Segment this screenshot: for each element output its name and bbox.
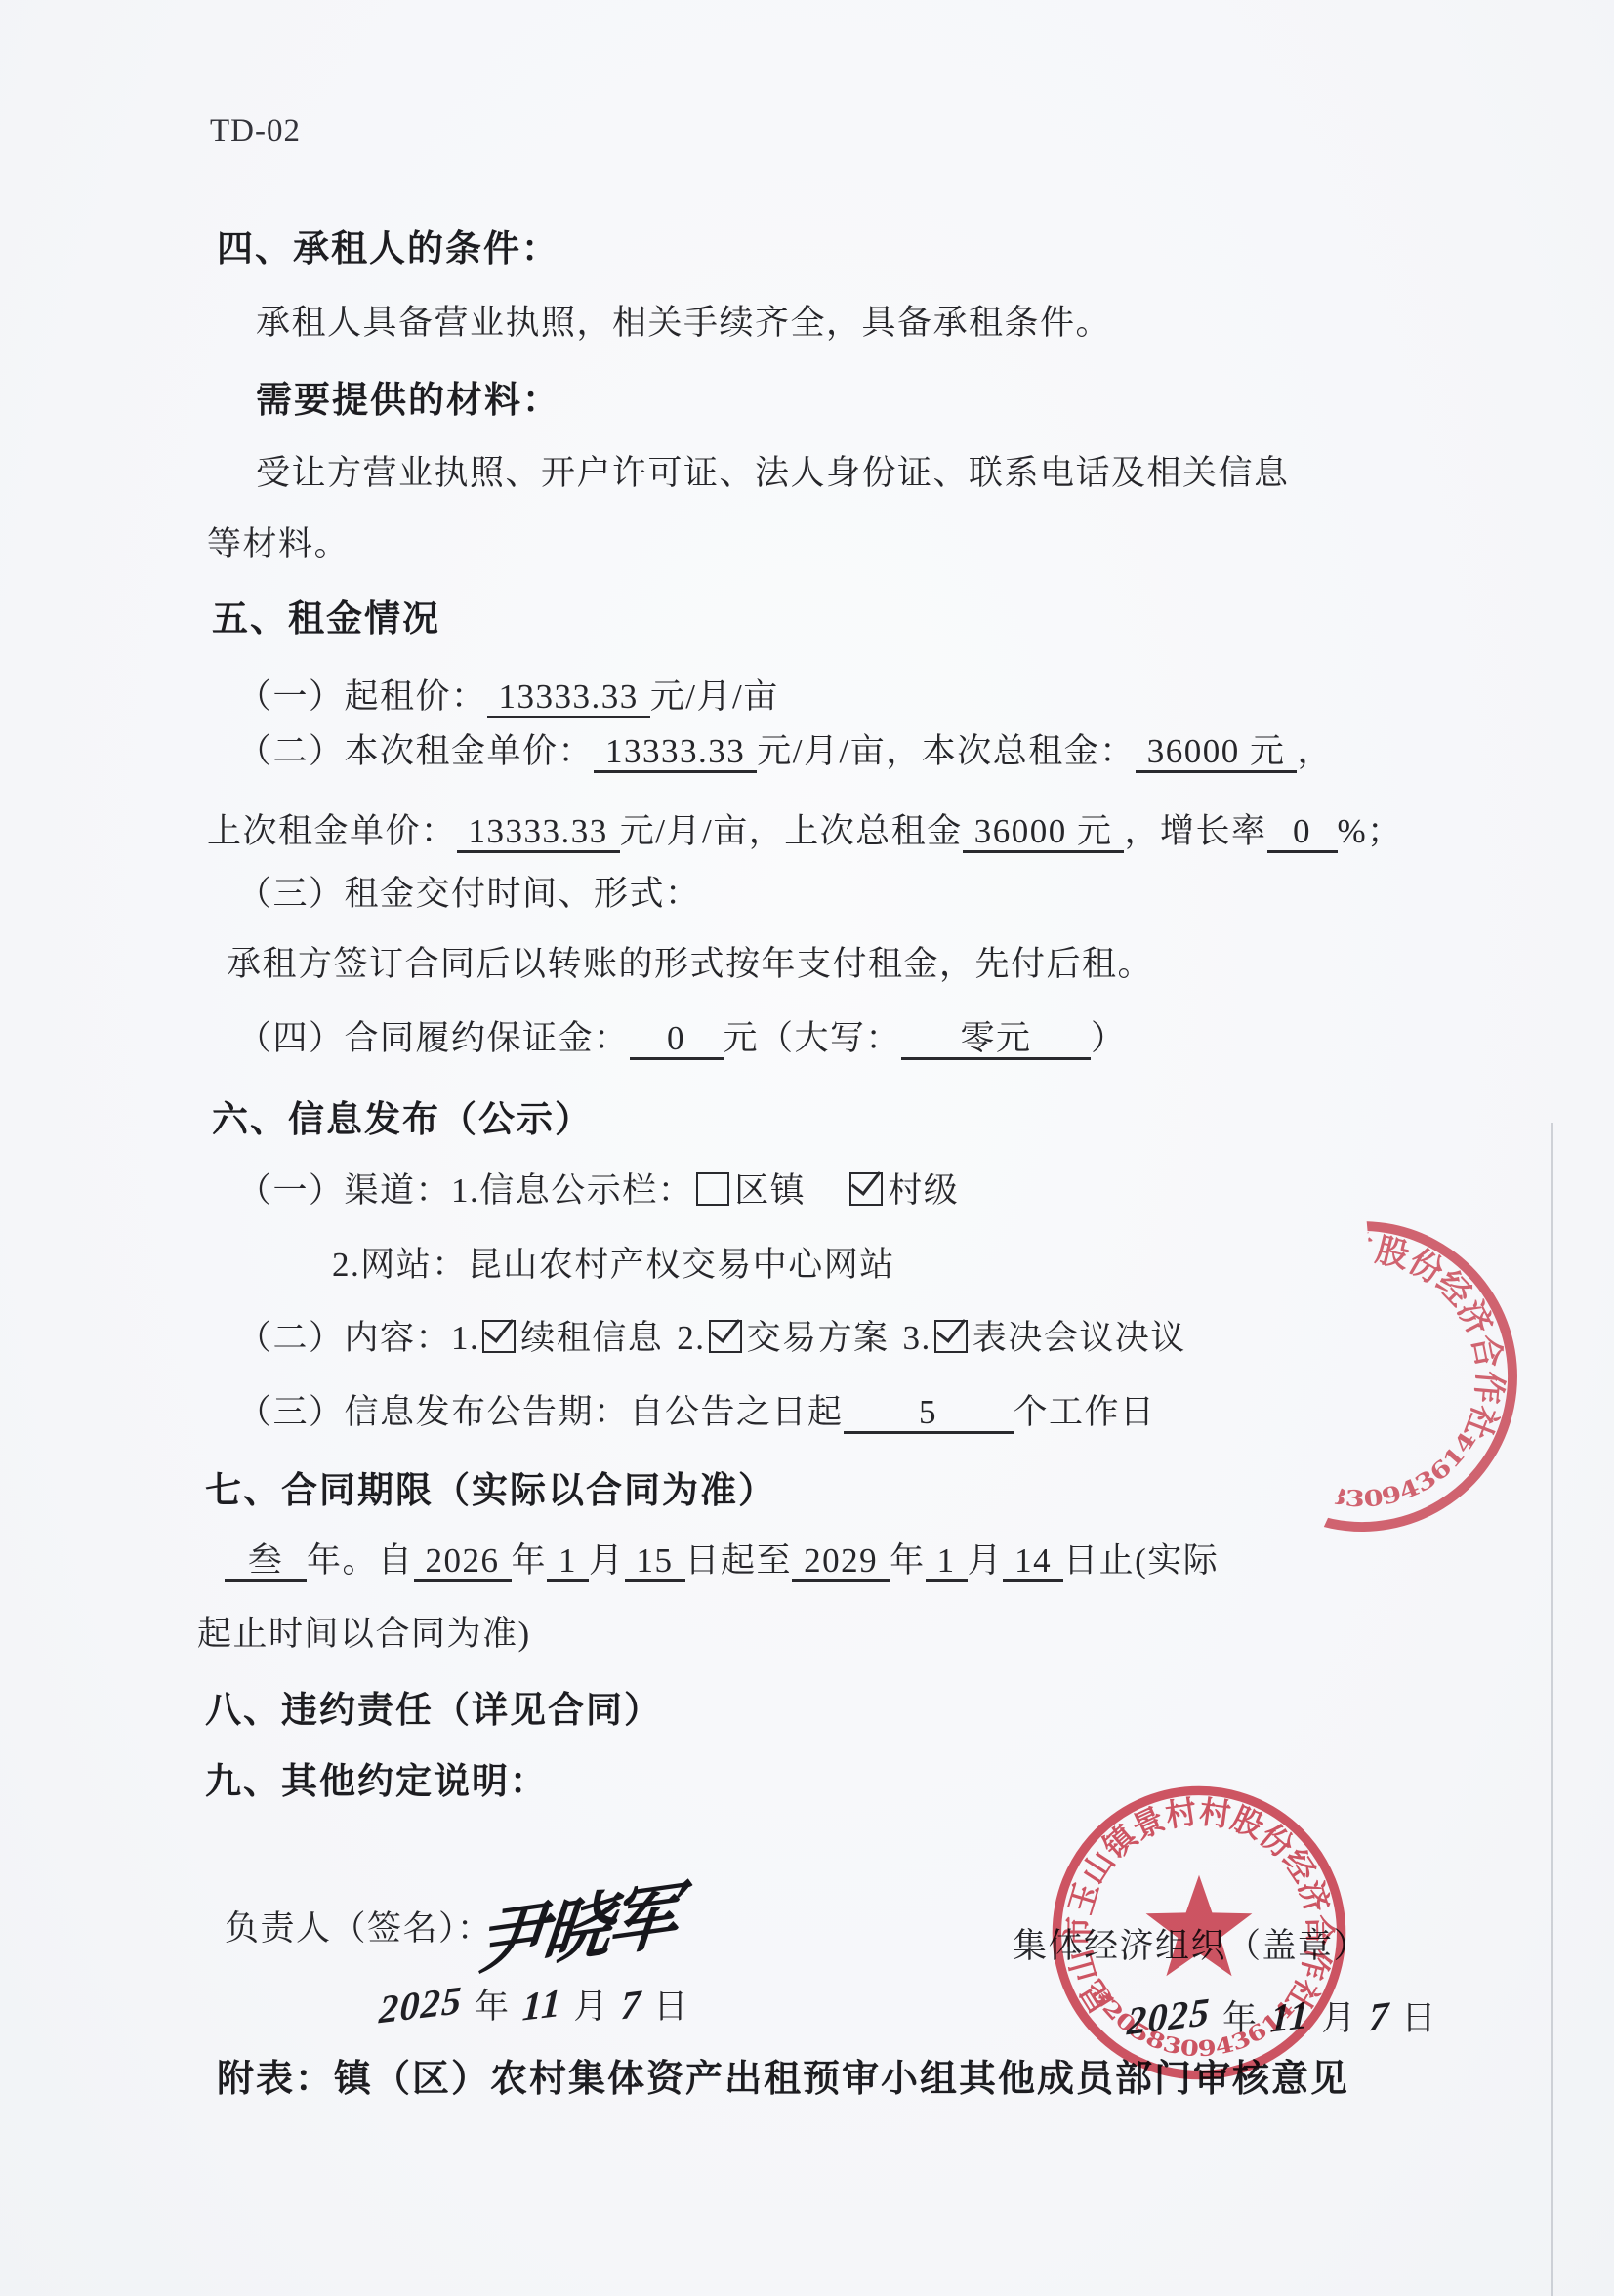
svg-text:3205830943614: 3205830943614 [1254,1409,1491,1531]
channel-line: （一）渠道：1.信息公示栏：区镇村级 [237,1164,959,1212]
notice-period-label: （三）信息发布公告期：自公告之日起 [237,1393,844,1431]
section6-title: 六、信息发布（公示） [212,1089,593,1142]
section8-title: 八、违约责任（详见合同） [205,1680,662,1733]
rent-unit-price-tail: ， [1297,732,1333,770]
appendix-line: 附表：镇（区）农村集体资产出租预审小组其他成员部门审核意见 [217,2048,1349,2102]
deposit-tail: ） [1091,1019,1127,1057]
partial-seal-graphic: 昆山市玉山镇景村村股份经济合作社 3205830943614 [1176,1190,1549,1563]
deposit-line: （四）合同履约保证金：0元（大写：零元） [237,1011,1127,1060]
deposit-label: （四）合同履约保证金： [237,1019,630,1057]
channel-label: （一）渠道：1.信息公示栏： [237,1171,693,1209]
payment-terms-label: （三）租金交付时间、形式： [237,867,701,916]
left-date-day-hand: 7 [620,1980,643,2029]
partial-seal-ring [1188,1203,1537,1551]
section4-body: 承租人具备营业执照，相关手续齐全，具备承租条件。 [256,296,1111,345]
svg-text:昆山市玉山镇景村村股份经济合作社: 昆山市玉山镇景村村股份经济合作社 [1192,1206,1522,1492]
right-date-day-hand: 7 [1368,1991,1391,2040]
term-end-year: 2029 [792,1543,890,1582]
right-date-month-hand: 11 [1268,1990,1310,2042]
partial-seal-number-text: 3205830943614 [1254,1409,1491,1531]
content-option1-prefix: 1. [451,1319,479,1357]
prev-rent-tail: %； [1338,812,1403,850]
partial-edge-seal-stamp: 昆山市玉山镇景村村股份经济合作社 3205830943614 [1176,1190,1549,1563]
checkbox-trade-plan [709,1320,742,1353]
term-t2: 年 [512,1541,548,1579]
channel-option-district-town: 区镇 [734,1171,806,1209]
rent-total-value: 36000 元 [1136,734,1298,773]
right-date-day-char: 日 [1401,1999,1437,2037]
prev-rent-value: 13333.33 [457,814,620,853]
section4-title: 四、承租人的条件： [217,219,559,271]
deposit-mid: 元（大写： [724,1019,902,1057]
seal-org-text: 昆山市玉山镇景村村股份经济合作社 [1060,1793,1339,2020]
scan-edge-line [1551,1123,1553,2296]
term-t4: 日起至 [685,1541,793,1579]
right-date-line: 2025年11月7日 [1121,1991,1443,2040]
content-option3-label: 表决会议决议 [973,1319,1186,1357]
term-start-month: 1 [547,1543,589,1582]
right-date-year-hand: 2025 [1126,1988,1212,2044]
rent-unit-price-value: 13333.33 [594,734,757,773]
contract-term-line: 叁年。自2026年1月15日起至2029年1月14日止(实际 [225,1534,1219,1582]
term-years-value: 叁 [225,1543,307,1582]
rent-start-price-line: （一）起租价：13333.33元/月/亩 [237,670,779,718]
handwritten-signature: 尹晓军 [472,1858,680,1989]
rent-start-price-unit: 元/月/亩 [650,677,779,716]
rent-unit-price-label: （二）本次租金单价： [237,732,594,770]
payment-terms-body: 承租方签订合同后以转账的形式按年支付租金，先付后租。 [227,937,1153,986]
materials-title: 需要提供的材料： [256,370,560,423]
right-date-year-char: 年 [1222,1999,1259,2037]
scanned-form-page: TD-02 四、承租人的条件： 承租人具备营业执照，相关手续齐全，具备承租条件。… [0,0,1614,2296]
notice-period-line: （三）信息发布公告期：自公告之日起5个工作日 [237,1385,1156,1434]
section7-title: 七、合同期限（实际以合同为准） [205,1460,776,1513]
term-t1: 年。自 [307,1541,414,1579]
checkbox-renewal-info [482,1320,516,1353]
website-line: 2.网站：昆山农村产权交易中心网站 [332,1238,895,1287]
term-end-day: 14 [1003,1543,1063,1582]
content-option2-label: 交易方案 [747,1319,890,1357]
term-start-day: 15 [625,1543,685,1582]
prev-rent-mid: 元/月/亩，上次总租金 [620,812,963,850]
materials-line1: 受让方营业执照、开户许可证、法人身份证、联系电话及相关信息 [256,446,1290,495]
rent-unit-price-line: （二）本次租金单价：13333.33元/月/亩，本次总租金：36000 元， [237,724,1333,773]
rent-start-price-value: 13333.33 [487,679,650,718]
term-t7: 日止(实际 [1063,1541,1219,1579]
prev-rent-mid2: ，增长率 [1124,812,1266,850]
channel-option-village-level: 村级 [888,1171,959,1209]
checkbox-district-town [696,1172,729,1206]
content-label: （二）内容： [237,1319,451,1357]
left-date-month-char: 月 [573,1988,609,2026]
prev-rent-total: 36000 元 [963,814,1125,853]
term-t5: 年 [890,1541,926,1579]
section9-title: 九、其他约定说明： [205,1751,548,1804]
notice-period-suffix: 个工作日 [1014,1393,1156,1431]
left-date-year-char: 年 [475,1988,511,2026]
content-option3-prefix: 3. [903,1319,931,1357]
partial-seal-org-text: 昆山市玉山镇景村村股份经济合作社 [1192,1206,1522,1492]
content-option1-label: 续租信息 [520,1319,663,1357]
content-line: （二）内容：1.续租信息2.交易方案3.表决会议决议 [237,1311,1186,1360]
growth-rate-value: 0 [1267,814,1338,853]
svg-text:昆山市玉山镇景村村股份经济合作社: 昆山市玉山镇景村村股份经济合作社 [1060,1793,1339,2020]
responsible-person-label: 负责人（签名）： [225,1902,493,1950]
contract-term-line2: 起止时间以合同为准) [197,1607,531,1656]
term-t3: 月 [589,1541,625,1579]
section5-title: 五、租金情况 [212,589,440,641]
prev-rent-label: 上次租金单价： [207,812,457,850]
deposit-value: 0 [630,1021,724,1060]
checkbox-vote-resolution [934,1320,968,1353]
checkbox-village-level [849,1172,883,1206]
left-date-month-hand: 11 [520,1979,562,2030]
term-start-year: 2026 [414,1543,512,1582]
materials-line2: 等材料。 [207,517,350,566]
right-date-month-char: 月 [1321,1999,1357,2037]
prev-rent-line: 上次租金单价：13333.33元/月/亩，上次总租金36000 元，增长率0%； [207,804,1403,853]
notice-period-value: 5 [844,1395,1014,1434]
form-code: TD-02 [210,113,301,149]
deposit-words-value: 零元 [901,1021,1091,1060]
left-date-line: 2025年11月7日 [373,1980,695,2029]
rent-unit-price-mid: 元/月/亩，本次总租金： [757,732,1135,770]
term-t6: 月 [968,1541,1004,1579]
left-date-day-char: 日 [653,1988,689,2026]
content-option2-prefix: 2. [677,1319,705,1357]
term-end-month: 1 [926,1543,968,1582]
org-seal-label: 集体经济组织（盖章） [1013,1919,1369,1968]
left-date-year-hand: 2025 [378,1976,464,2032]
rent-start-price-label: （一）起租价： [237,677,487,716]
